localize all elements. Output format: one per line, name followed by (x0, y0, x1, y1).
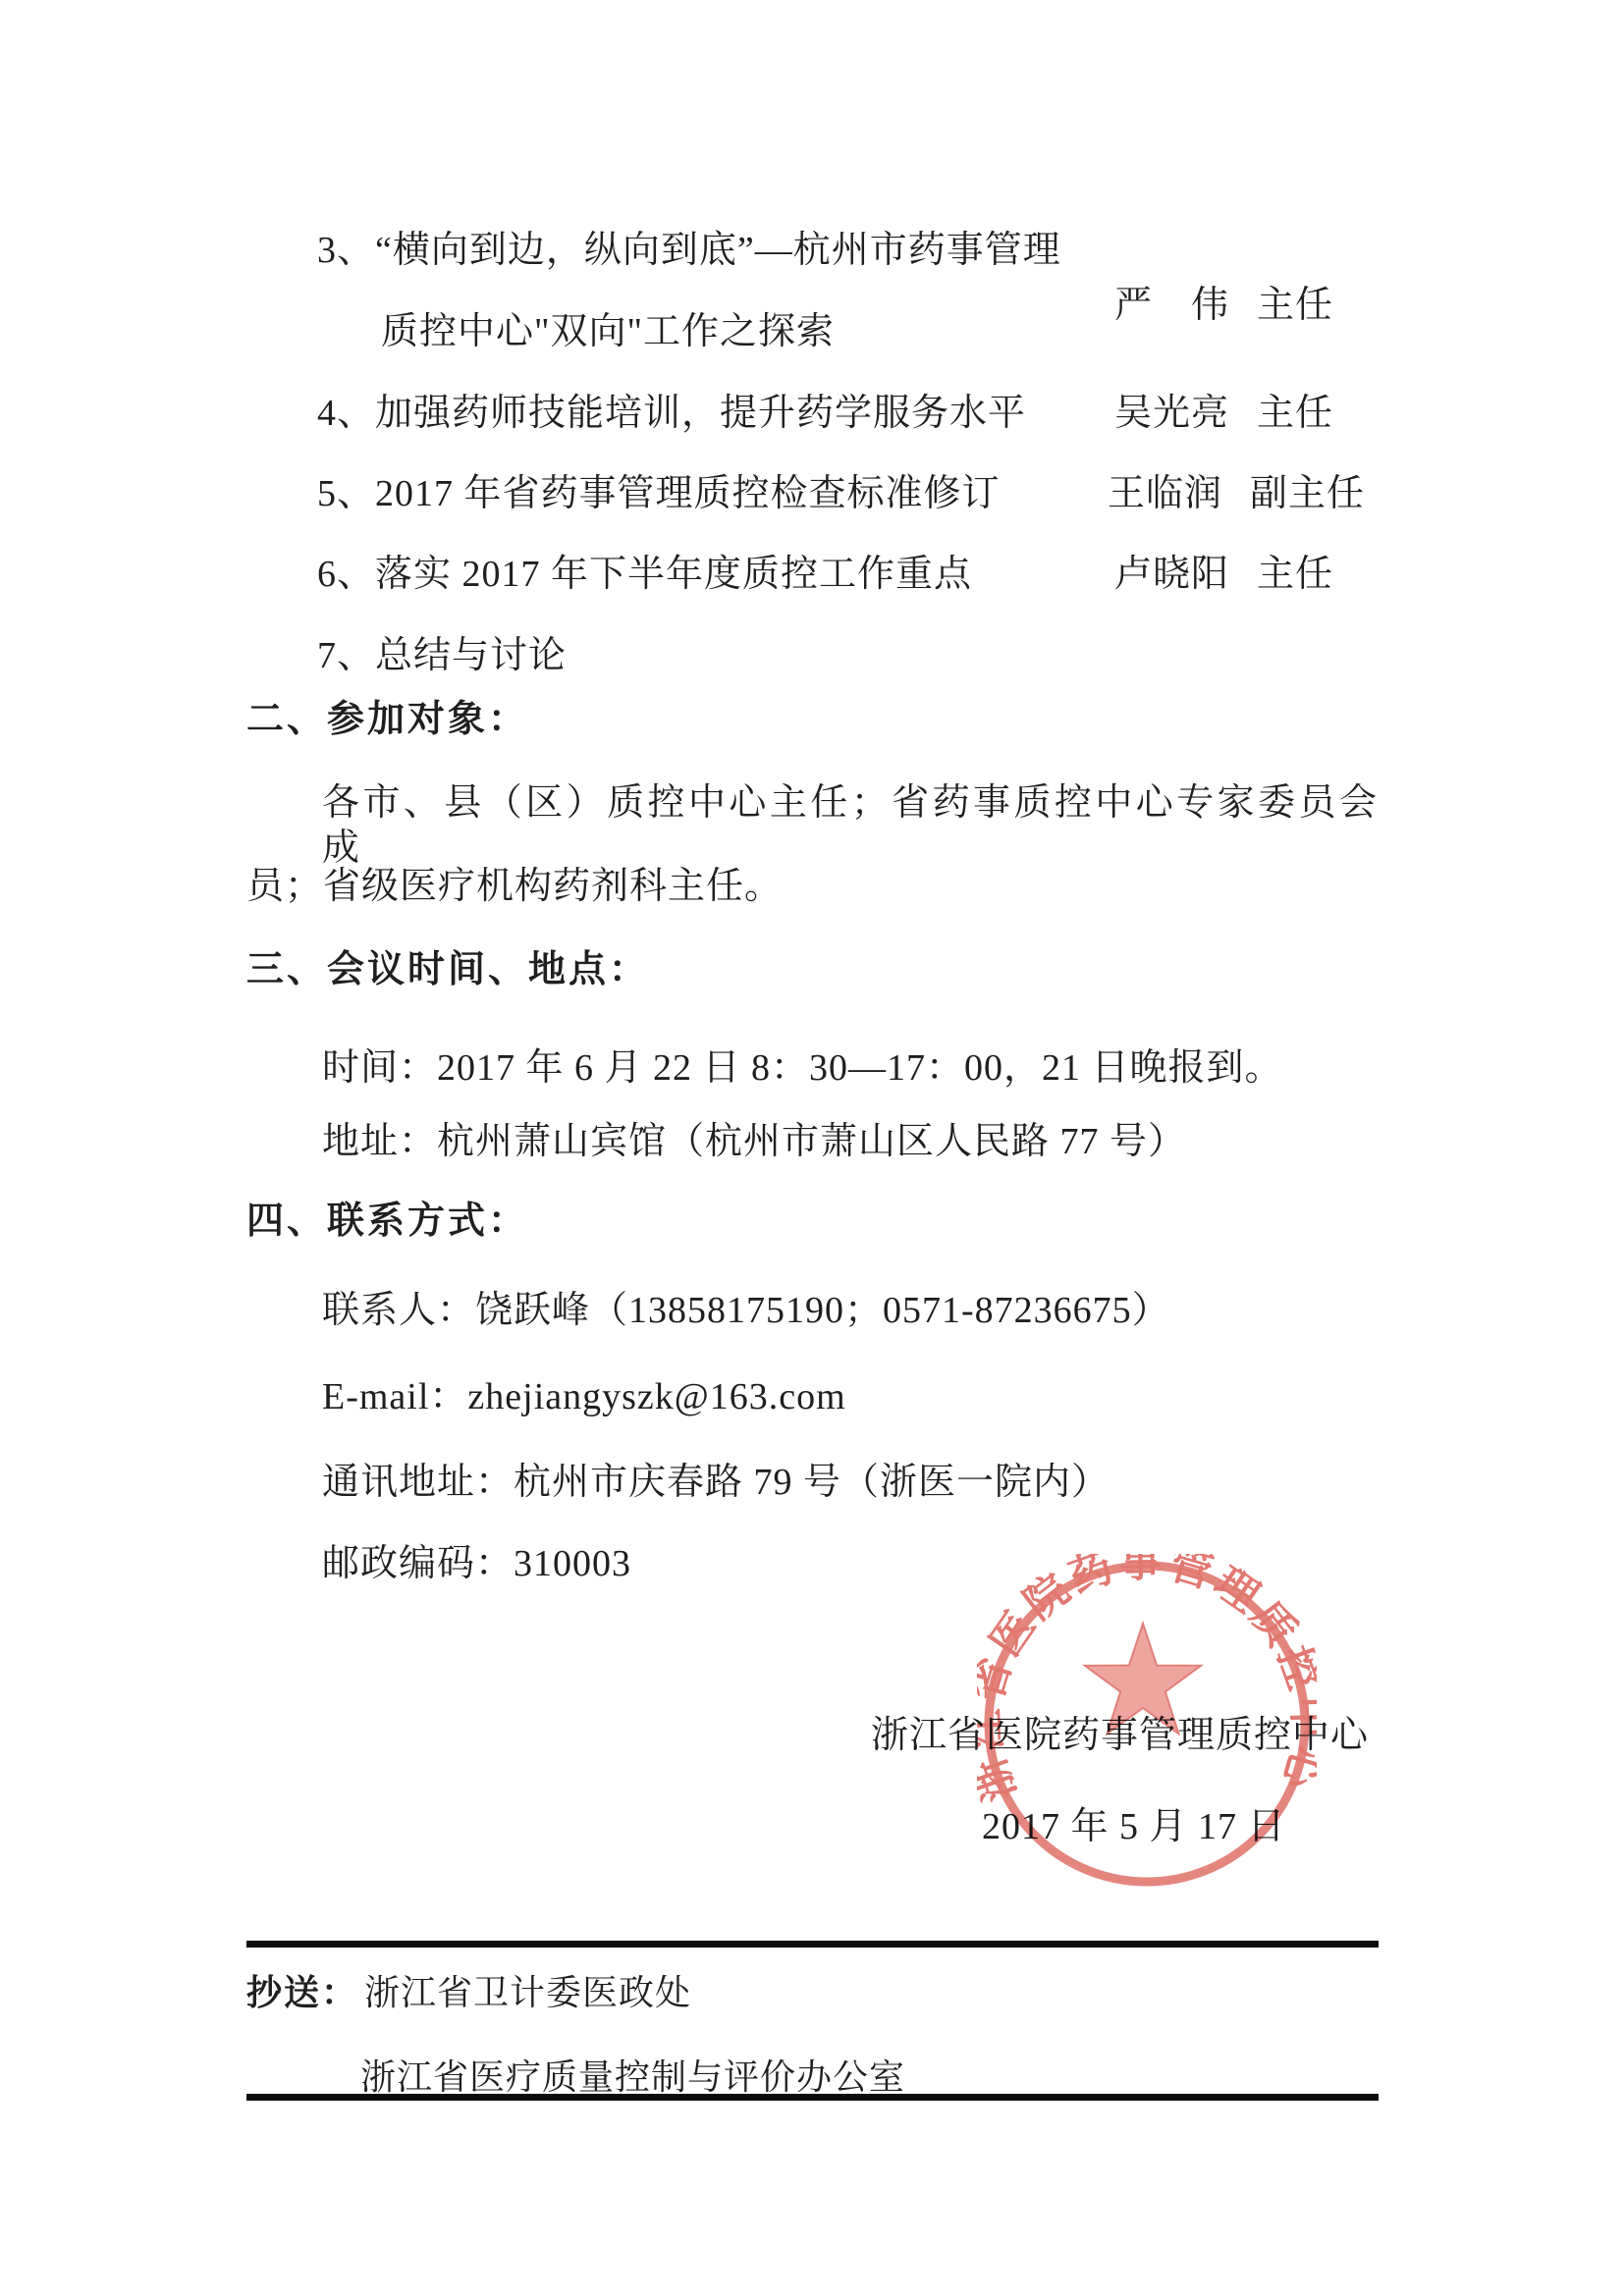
agenda-item-4-speaker: 吴光亮主任 (1114, 391, 1333, 436)
agenda-item-5: 5、2017 年省药事管理质控检查标准修订 (317, 471, 1001, 516)
speaker-title: 主任 (1257, 552, 1333, 597)
signature-organization: 浙江省医院药事管理质控中心 (871, 1713, 1369, 1758)
agenda-item-3-line-2: 质控中心"双向"工作之探索 (381, 309, 835, 354)
cc-label: 抄送： (246, 1972, 358, 2012)
meeting-address-line: 地址：杭州萧山宾馆（杭州市萧山区人民路 77 号） (322, 1119, 1186, 1164)
section-meeting-heading: 三、会议时间、地点： (246, 947, 649, 992)
speaker-title: 副主任 (1250, 471, 1365, 516)
agenda-item-6-speaker: 卢晓阳主任 (1114, 552, 1333, 597)
speaker-name: 王临润 (1108, 471, 1222, 516)
speaker-title: 主任 (1257, 283, 1333, 328)
agenda-item-3-line-1: 3、“横向到边，纵向到底”—杭州市药事管理 (317, 228, 1061, 273)
participants-body-line-1: 各市、县（区）质控中心主任；省药事质控中心专家委员会成 (322, 780, 1379, 871)
agenda-item-4: 4、加强药师技能培训，提升药学服务水平 (317, 391, 1026, 436)
footer-rule-bottom (246, 2094, 1379, 2101)
cc-recipient-1: 浙江省卫计委医政处 (364, 1973, 691, 2012)
agenda-item-3-speaker: 严 伟主任 (1114, 283, 1333, 328)
speaker-name: 严 伟 (1114, 283, 1229, 328)
document-page: 3、“横向到边，纵向到底”—杭州市药事管理 严 伟主任 质控中心"双向"工作之探… (0, 0, 1624, 2296)
contact-mailing-address-line: 通讯地址：杭州市庆春路 79 号（浙医一院内） (322, 1460, 1110, 1505)
footer-rule-top (246, 1941, 1379, 1948)
section-contact-heading: 四、联系方式： (246, 1199, 528, 1244)
seal-arc-text: 浙江省医院药事管理质控中心 (977, 1554, 1317, 1807)
cc-line-1: 抄送：浙江省卫计委医政处 (246, 1970, 691, 2015)
speaker-name: 吴光亮 (1114, 391, 1229, 436)
speaker-title: 主任 (1257, 391, 1333, 436)
contact-email-line: E-mail：zhejiangyszk@163.com (322, 1374, 846, 1419)
seal-text-arc (1000, 1576, 1294, 1797)
cc-recipient-2: 浙江省医疗质量控制与评价办公室 (360, 2057, 905, 2097)
meeting-time-line: 时间：2017 年 6 月 22 日 8：30—17：00，21 日晚报到。 (322, 1045, 1283, 1091)
agenda-item-7: 7、总结与讨论 (317, 633, 567, 678)
speaker-name: 卢晓阳 (1114, 552, 1229, 597)
agenda-item-6: 6、落实 2017 年下半年度质控工作重点 (317, 552, 972, 597)
contact-postal-code-line: 邮政编码：310003 (322, 1541, 631, 1586)
signature-date: 2017 年 5 月 17 日 (982, 1804, 1286, 1849)
section-participants-heading: 二、参加对象： (246, 697, 528, 742)
agenda-item-5-speaker: 王临润副主任 (1108, 471, 1365, 516)
contact-person-line: 联系人：饶跃峰（13858175190；0571-87236675） (322, 1288, 1170, 1333)
participants-body-line-2: 员；省级医疗机构药剂科主任。 (246, 864, 783, 909)
